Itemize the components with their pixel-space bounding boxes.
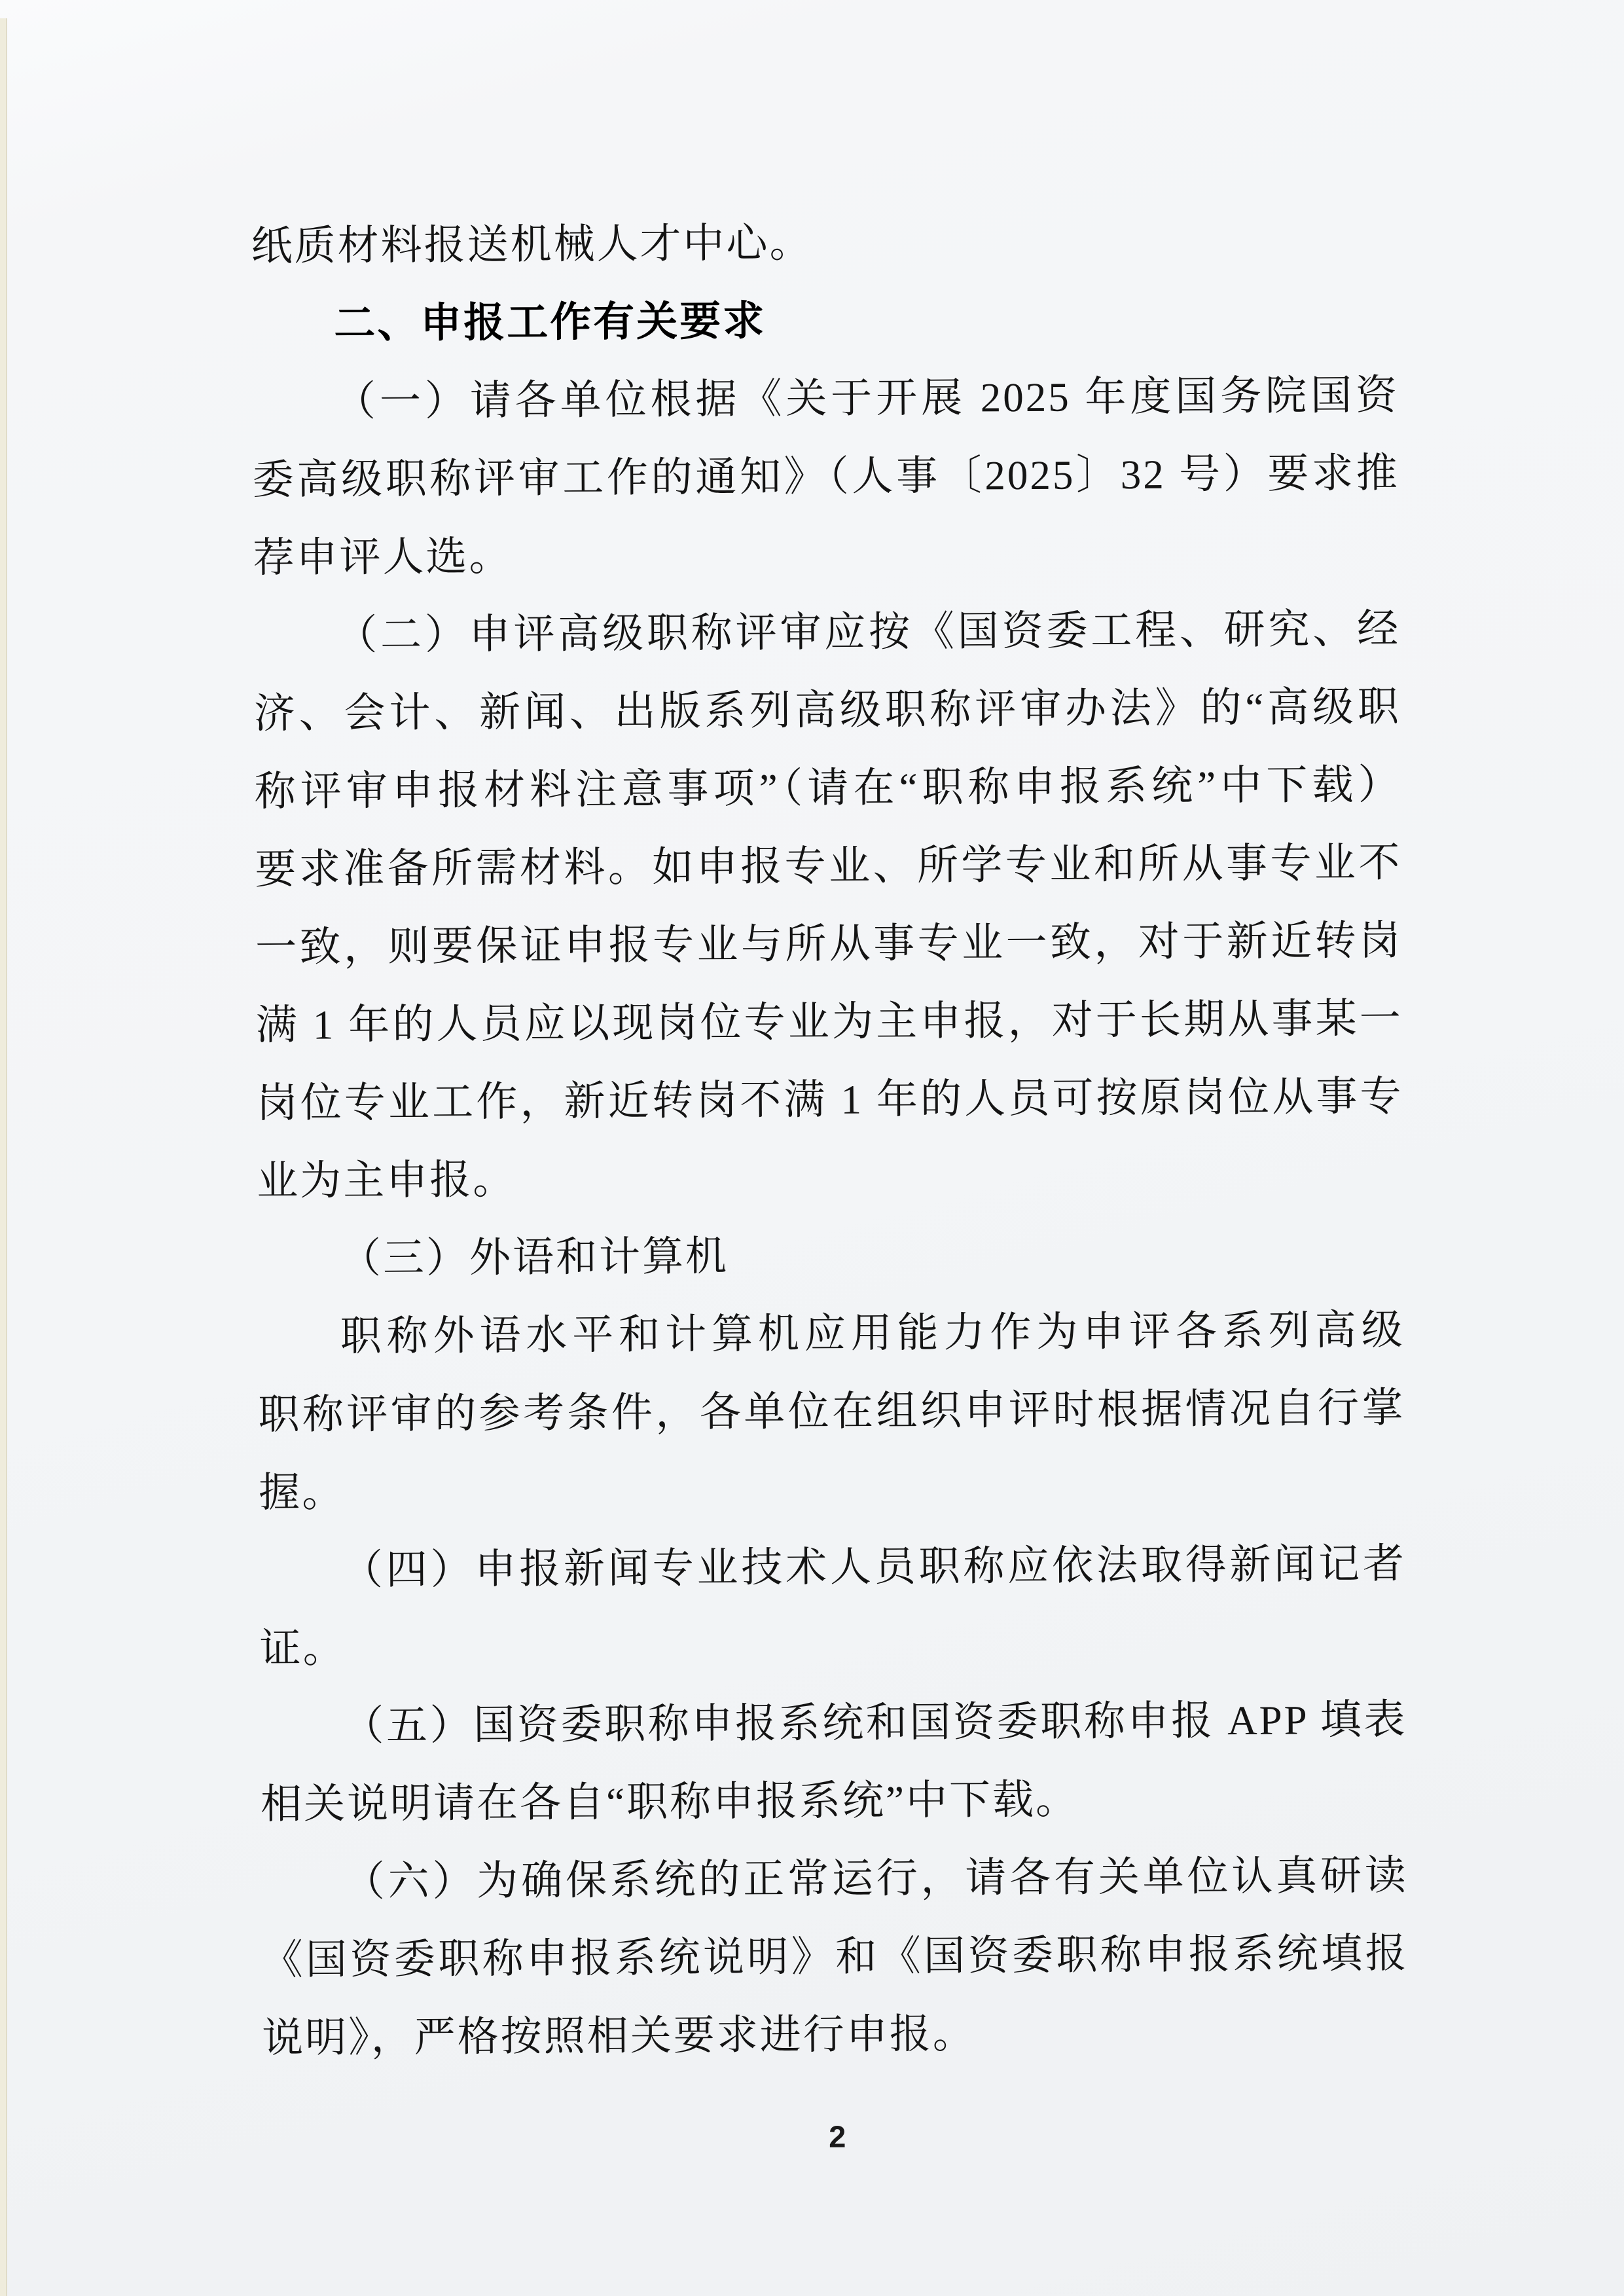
body-line: （一）请各单位根据《关于开展 2025 年度国务院国资 <box>252 357 1399 442</box>
body-line: 纸质材料报送机械人才中心。 <box>251 201 1398 286</box>
body-line: （三）外语和计算机 <box>257 1213 1405 1298</box>
body-line: 称评审申报材料注意事项”（请在“职称申报系统”中下载） <box>254 746 1401 831</box>
body-line: （五）国资委职称申报系统和国资委职称申报 APP 填表 <box>260 1681 1407 1766</box>
body-line: 证。 <box>259 1603 1407 1688</box>
body-line: 职称外语水平和计算机应用能力作为申评各系列高级 <box>257 1291 1405 1376</box>
section-heading: 二、申报工作有关要求 <box>251 279 1399 364</box>
body-line: 业为主申报。 <box>257 1135 1404 1220</box>
body-line: 满 1 年的人员应以现岗位专业为主申报，对于长期从事某一 <box>255 979 1403 1065</box>
body-line: 一致，则要保证申报专业与所从事专业一致，对于新近转岗 <box>255 902 1403 987</box>
body-line: （六）为确保系统的正常运行，请各有关单位认真研读 <box>261 1836 1408 1922</box>
body-line: 握。 <box>259 1447 1406 1532</box>
body-line: 济、会计、新闻、出版系列高级职称评审办法》的“高级职 <box>254 668 1401 753</box>
scan-content: 纸质材料报送机械人才中心。 二、申报工作有关要求 （一）请各单位根据《关于开展 … <box>0 0 1624 2296</box>
body-line: 说明》，严格按照相关要求进行申报。 <box>262 1992 1409 2077</box>
document-page: 纸质材料报送机械人才中心。 二、申报工作有关要求 （一）请各单位根据《关于开展 … <box>0 0 1624 2296</box>
document-body: 纸质材料报送机械人才中心。 二、申报工作有关要求 （一）请各单位根据《关于开展 … <box>251 201 1409 2078</box>
body-line: 委高级职称评审工作的通知》（人事〔2025〕32 号）要求推 <box>252 435 1399 520</box>
body-line: 职称评审的参考条件，各单位在组织申评时根据情况自行掌 <box>258 1369 1405 1454</box>
page-number: 2 <box>818 2117 857 2157</box>
body-line: 相关说明请在各自“职称申报系统”中下载。 <box>261 1758 1408 1844</box>
body-line: 要求准备所需材料。如申报专业、所学专业和所从事专业不 <box>255 824 1402 909</box>
body-line: 岗位专业工作，新近转岗不满 1 年的人员可按原岗位从事专 <box>256 1057 1403 1142</box>
body-line: （二）申评高级职称评审应按《国资委工程、研究、经 <box>253 590 1401 675</box>
body-line: （四）申报新闻专业技术人员职称应依法取得新闻记者 <box>259 1525 1407 1610</box>
body-line: 荐申评人选。 <box>253 512 1400 597</box>
body-line: 《国资委职称申报系统说明》和《国资委职称申报系统填报 <box>261 1914 1409 1999</box>
